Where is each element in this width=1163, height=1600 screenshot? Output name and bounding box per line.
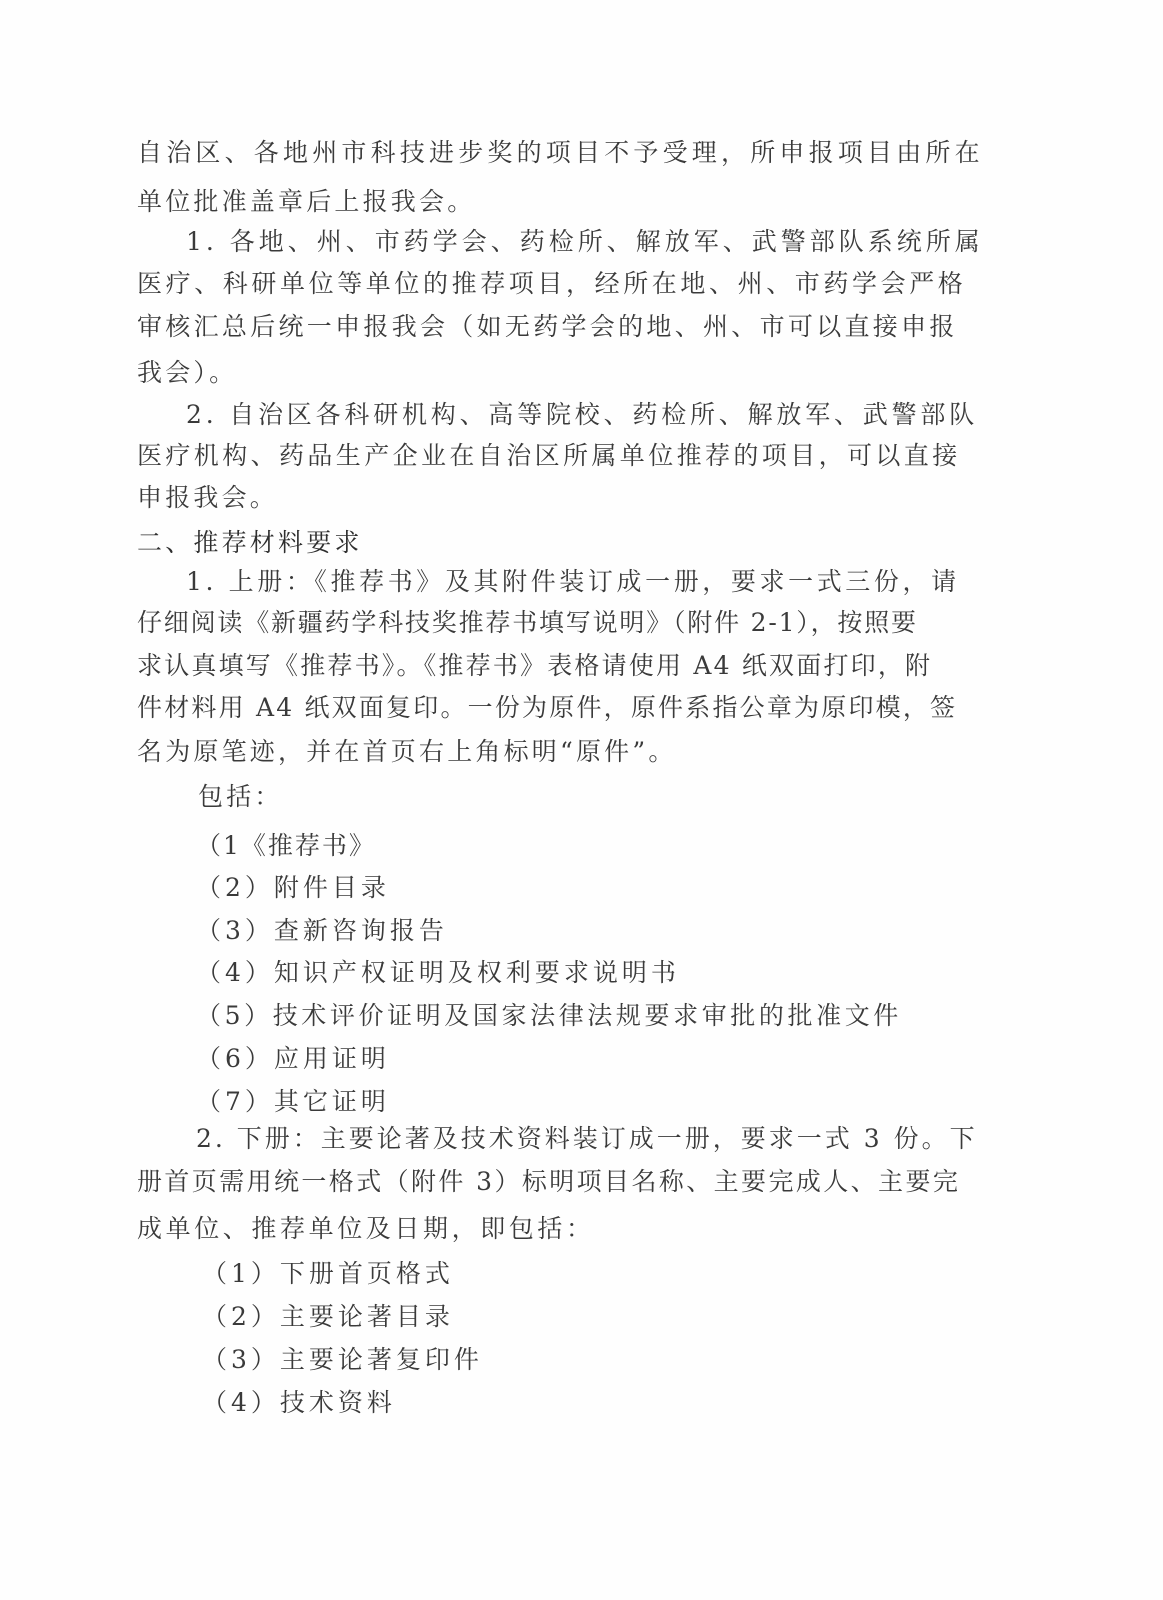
- text-line: 医疗机构、药品生产企业在自治区所属单位推荐的项目，可以直接: [137, 441, 961, 471]
- text-line: 求认真填写《推荐书》。《推荐书》表格请使用 A4 纸双面打印，附: [137, 651, 932, 681]
- text-line: 申报我会。: [137, 483, 278, 513]
- text-line: 自治区、各地州市科技进步奖的项目不予受理，所申报项目由所在: [137, 138, 984, 168]
- text-line: （7）其它证明: [196, 1087, 390, 1117]
- text-line: 审核汇总后统一申报我会（如无药学会的地、州、市可以直接申报: [137, 312, 958, 342]
- text-line: 我会）。: [137, 358, 237, 388]
- text-line: （3）查新咨询报告: [196, 916, 448, 946]
- text-line: （2）主要论著目录: [202, 1302, 454, 1332]
- text-line: 2. 自治区各科研机构、高等院校、药检所、解放军、武警部队: [186, 400, 978, 430]
- text-line: 名为原笔迹，并在首页右上角标明“原件”。: [137, 737, 677, 767]
- text-line: （1《推荐书》: [196, 831, 376, 861]
- text-line: （4）知识产权证明及权利要求说明书: [196, 958, 680, 988]
- text-line: 包括：: [198, 782, 283, 812]
- section-heading: 二、推荐材料要求: [137, 528, 363, 558]
- text-line: （5）技术评价证明及国家法律法规要求审批的批准文件: [196, 1001, 902, 1031]
- text-line: （3）主要论著复印件: [202, 1345, 483, 1375]
- text-line: 医疗、科研单位等单位的推荐项目，经所在地、州、市药学会严格: [137, 269, 966, 299]
- text-line: 1. 上册：《推荐书》及其附件装订成一册，要求一式三份，请: [186, 567, 960, 597]
- text-line: 单位批准盖章后上报我会。: [137, 187, 475, 217]
- text-line: （6）应用证明: [196, 1044, 390, 1074]
- text-line: 册首页需用统一格式（附件 3）标明项目名称、主要完成人、主要完: [137, 1167, 960, 1197]
- text-line: （4）技术资料: [202, 1388, 396, 1418]
- text-line: 件材料用 A4 纸双面复印。一份为原件，原件系指公章为原印模，签: [137, 693, 957, 723]
- text-line: （1）下册首页格式: [202, 1259, 454, 1289]
- text-line: 2. 下册：主要论著及技术资料装订成一册，要求一式 3 份。下: [196, 1124, 978, 1154]
- text-line: 1. 各地、州、市药学会、药检所、解放军、武警部队系统所属: [186, 227, 984, 257]
- text-line: （2）附件目录: [196, 873, 390, 903]
- text-line: 成单位、推荐单位及日期，即包括：: [137, 1214, 595, 1244]
- document-page: 自治区、各地州市科技进步奖的项目不予受理，所申报项目由所在单位批准盖章后上报我会…: [0, 0, 1163, 1600]
- text-line: 仔细阅读《新疆药学科技奖推荐书填写说明》（附件 2-1），按照要: [137, 608, 918, 638]
